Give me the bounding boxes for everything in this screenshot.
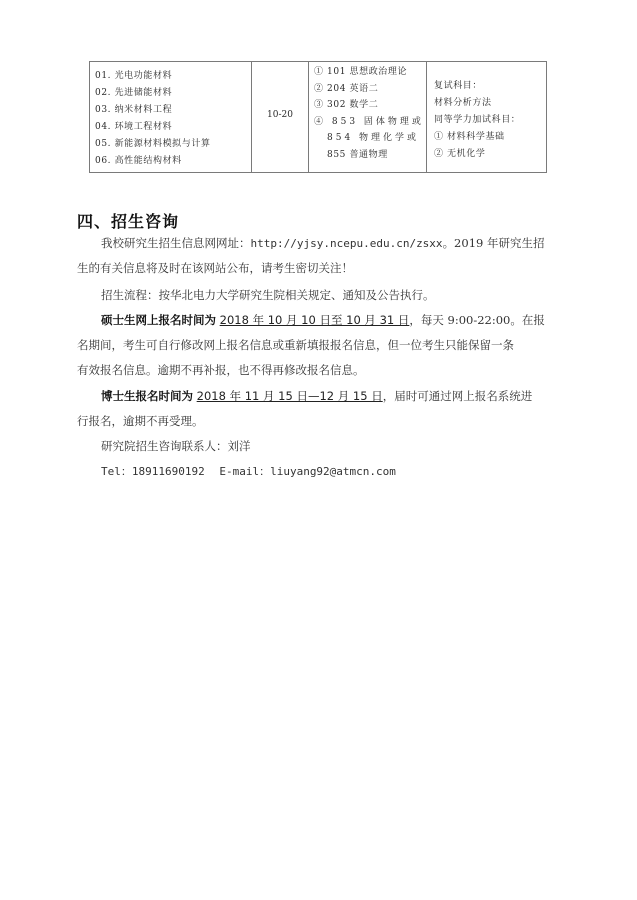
exam-subject: ② 204 英语二 xyxy=(314,81,424,98)
website-paragraph: 我校研究生招生信息网网址：http://yjsy.ncepu.edu.cn/zs… xyxy=(77,231,557,281)
exam-subject: ① 101 思想政治理论 xyxy=(314,64,424,81)
direction-item: 06. 高性能结构材料 xyxy=(95,153,211,170)
master-registration-paragraph: 硕士生网上报名时间为 2018 年 10 月 10 日至 10 月 31 日，每… xyxy=(77,308,557,383)
master-registration-label: 硕士生网上报名时间为 xyxy=(101,313,216,327)
master-registration-dates: 2018 年 10 月 10 日至 10 月 31 日 xyxy=(220,313,410,327)
section-heading: 四、招生咨询 xyxy=(77,209,179,232)
doctor-registration-dates: 2018 年 11 月 15 日—12 月 15 日 xyxy=(197,389,383,403)
master-registration-hours: ，每天 9:00-22:00。在报 xyxy=(409,313,545,327)
enrollment-count: 10-20 xyxy=(252,110,308,120)
direction-item: 03. 纳米材料工程 xyxy=(95,102,211,119)
direction-item: 04. 环境工程材料 xyxy=(95,119,211,136)
exam-subject: 855 普通物理 xyxy=(314,147,424,164)
process-paragraph: 招生流程：按华北电力大学研究生院相关规定、通知及公告执行。 xyxy=(77,283,557,308)
note-line: 材料分析方法 xyxy=(434,95,520,112)
exam-subject: 854 物理化学或 xyxy=(314,130,424,147)
direction-item: 01. 光电功能材料 xyxy=(95,68,211,85)
website-suffix: 。2019 年研究生招 xyxy=(443,236,545,250)
website-link[interactable]: http://yjsy.ncepu.edu.cn/zsxx xyxy=(251,237,443,250)
contact-tel: Tel：18911690192 xyxy=(101,465,205,478)
program-table: 01. 光电功能材料 02. 先进储能材料 03. 纳米材料工程 04. 环境工… xyxy=(89,61,547,173)
notes-cell: 复试科目： 材料分析方法 同等学力加试科目： ① 材料科学基础 ② 无机化学 xyxy=(427,62,546,172)
note-line: ② 无机化学 xyxy=(434,146,520,163)
research-directions-cell: 01. 光电功能材料 02. 先进储能材料 03. 纳米材料工程 04. 环境工… xyxy=(90,62,252,172)
exam-subject: ③ 302 数学二 xyxy=(314,97,424,114)
note-line: 同等学力加试科目： xyxy=(434,112,520,129)
doctor-registration-rest: ，届时可通过网上报名系统进 xyxy=(383,389,533,403)
website-prefix: 我校研究生招生信息网网址： xyxy=(101,236,251,250)
exam-subject: ④ 853 固体物理或 xyxy=(314,114,424,131)
contact-paragraph: 研究院招生咨询联系人：刘洋 Tel：18911690192 E-mail：liu… xyxy=(77,434,557,484)
doctor-registration-line2: 行报名，逾期不再受理。 xyxy=(77,409,557,434)
enrollment-cell: 10-20 xyxy=(252,62,309,172)
master-registration-line3: 有效报名信息。逾期不再补报，也不得再修改报名信息。 xyxy=(77,358,557,383)
contact-email[interactable]: E-mail：liuyang92@atmcn.com xyxy=(219,465,396,478)
direction-item: 05. 新能源材料模拟与计算 xyxy=(95,136,211,153)
master-registration-line2: 名期间，考生可自行修改网上报名信息或重新填报报名信息，但一位考生只能保留一条 xyxy=(77,333,557,358)
process-text: 招生流程：按华北电力大学研究生院相关规定、通知及公告执行。 xyxy=(77,283,557,308)
contact-person: 研究院招生咨询联系人：刘洋 xyxy=(77,434,557,459)
doctor-registration-paragraph: 博士生报名时间为 2018 年 11 月 15 日—12 月 15 日，届时可通… xyxy=(77,384,557,434)
note-line: 复试科目： xyxy=(434,78,520,95)
note-line: ① 材料科学基础 xyxy=(434,129,520,146)
direction-item: 02. 先进储能材料 xyxy=(95,85,211,102)
doctor-registration-label: 博士生报名时间为 xyxy=(101,389,193,403)
exam-subjects-cell: ① 101 思想政治理论 ② 204 英语二 ③ 302 数学二 ④ 853 固… xyxy=(309,62,427,172)
website-line2: 生的有关信息将及时在该网站公布，请考生密切关注！ xyxy=(77,256,557,281)
